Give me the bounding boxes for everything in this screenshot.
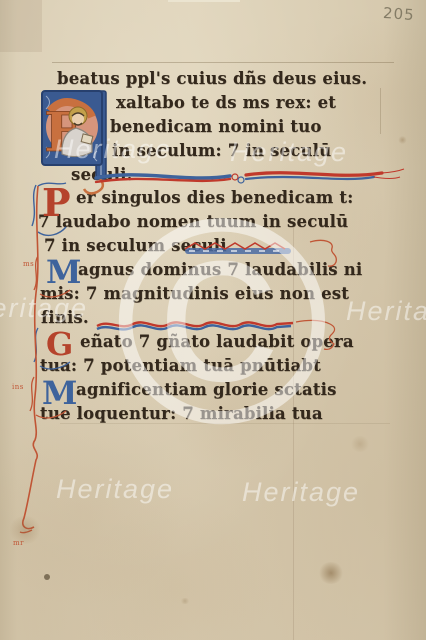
page-edge-highlight bbox=[168, 0, 240, 2]
corner-shading bbox=[0, 0, 42, 52]
line-filler-penwork bbox=[92, 166, 410, 190]
line-filler-braided-band bbox=[95, 316, 297, 334]
stain bbox=[350, 436, 370, 452]
marginal-note: mr bbox=[13, 539, 24, 547]
heritage-watermark: Heritage bbox=[346, 296, 426, 327]
text-line: tue loquentur: 7 mirabilia tua bbox=[40, 404, 323, 423]
ruling-line-top bbox=[52, 62, 394, 63]
ruling-line-bottom bbox=[60, 423, 390, 424]
ink-speck bbox=[44, 574, 50, 580]
marginal-note: ms bbox=[23, 260, 34, 268]
penwork-bracket bbox=[308, 236, 342, 268]
heritage-watermark: Heritage bbox=[56, 474, 174, 505]
text-line: in seculum: 7 in seculū bbox=[112, 141, 331, 160]
text-line: benedicam nomini tuo bbox=[110, 117, 322, 136]
stain bbox=[398, 136, 407, 144]
heritage-watermark: Heritage bbox=[242, 477, 360, 508]
text-line: xaltabo te ds ms rex: et bbox=[116, 93, 336, 112]
text-line: mis: 7 magnitudinis eius non est bbox=[40, 284, 349, 303]
figure-book bbox=[81, 134, 93, 144]
text-line: tua: 7 potentiam tuā pnūtiabt bbox=[40, 356, 321, 375]
line-filler-chevron-band bbox=[183, 240, 295, 260]
margin-flourish-line bbox=[8, 178, 58, 558]
text-line: 7 laudabo nomen tuum in seculū bbox=[38, 212, 348, 231]
text-line: agnificentiam glorie sctatis bbox=[76, 380, 337, 399]
marginal-note: ins bbox=[12, 383, 24, 391]
ruling-line-margin bbox=[380, 88, 381, 134]
folio-number: 205 bbox=[382, 4, 415, 24]
stain bbox=[318, 562, 344, 584]
penwork-tail bbox=[294, 316, 340, 352]
text-line: er singulos dies benedicam t: bbox=[76, 188, 353, 207]
stain bbox=[180, 598, 190, 604]
text-line: beatus ppl's cuius dñs deus eius. bbox=[57, 69, 367, 88]
manuscript-photo: { "page": { "folio_number": "205" }, "wa… bbox=[0, 0, 426, 640]
